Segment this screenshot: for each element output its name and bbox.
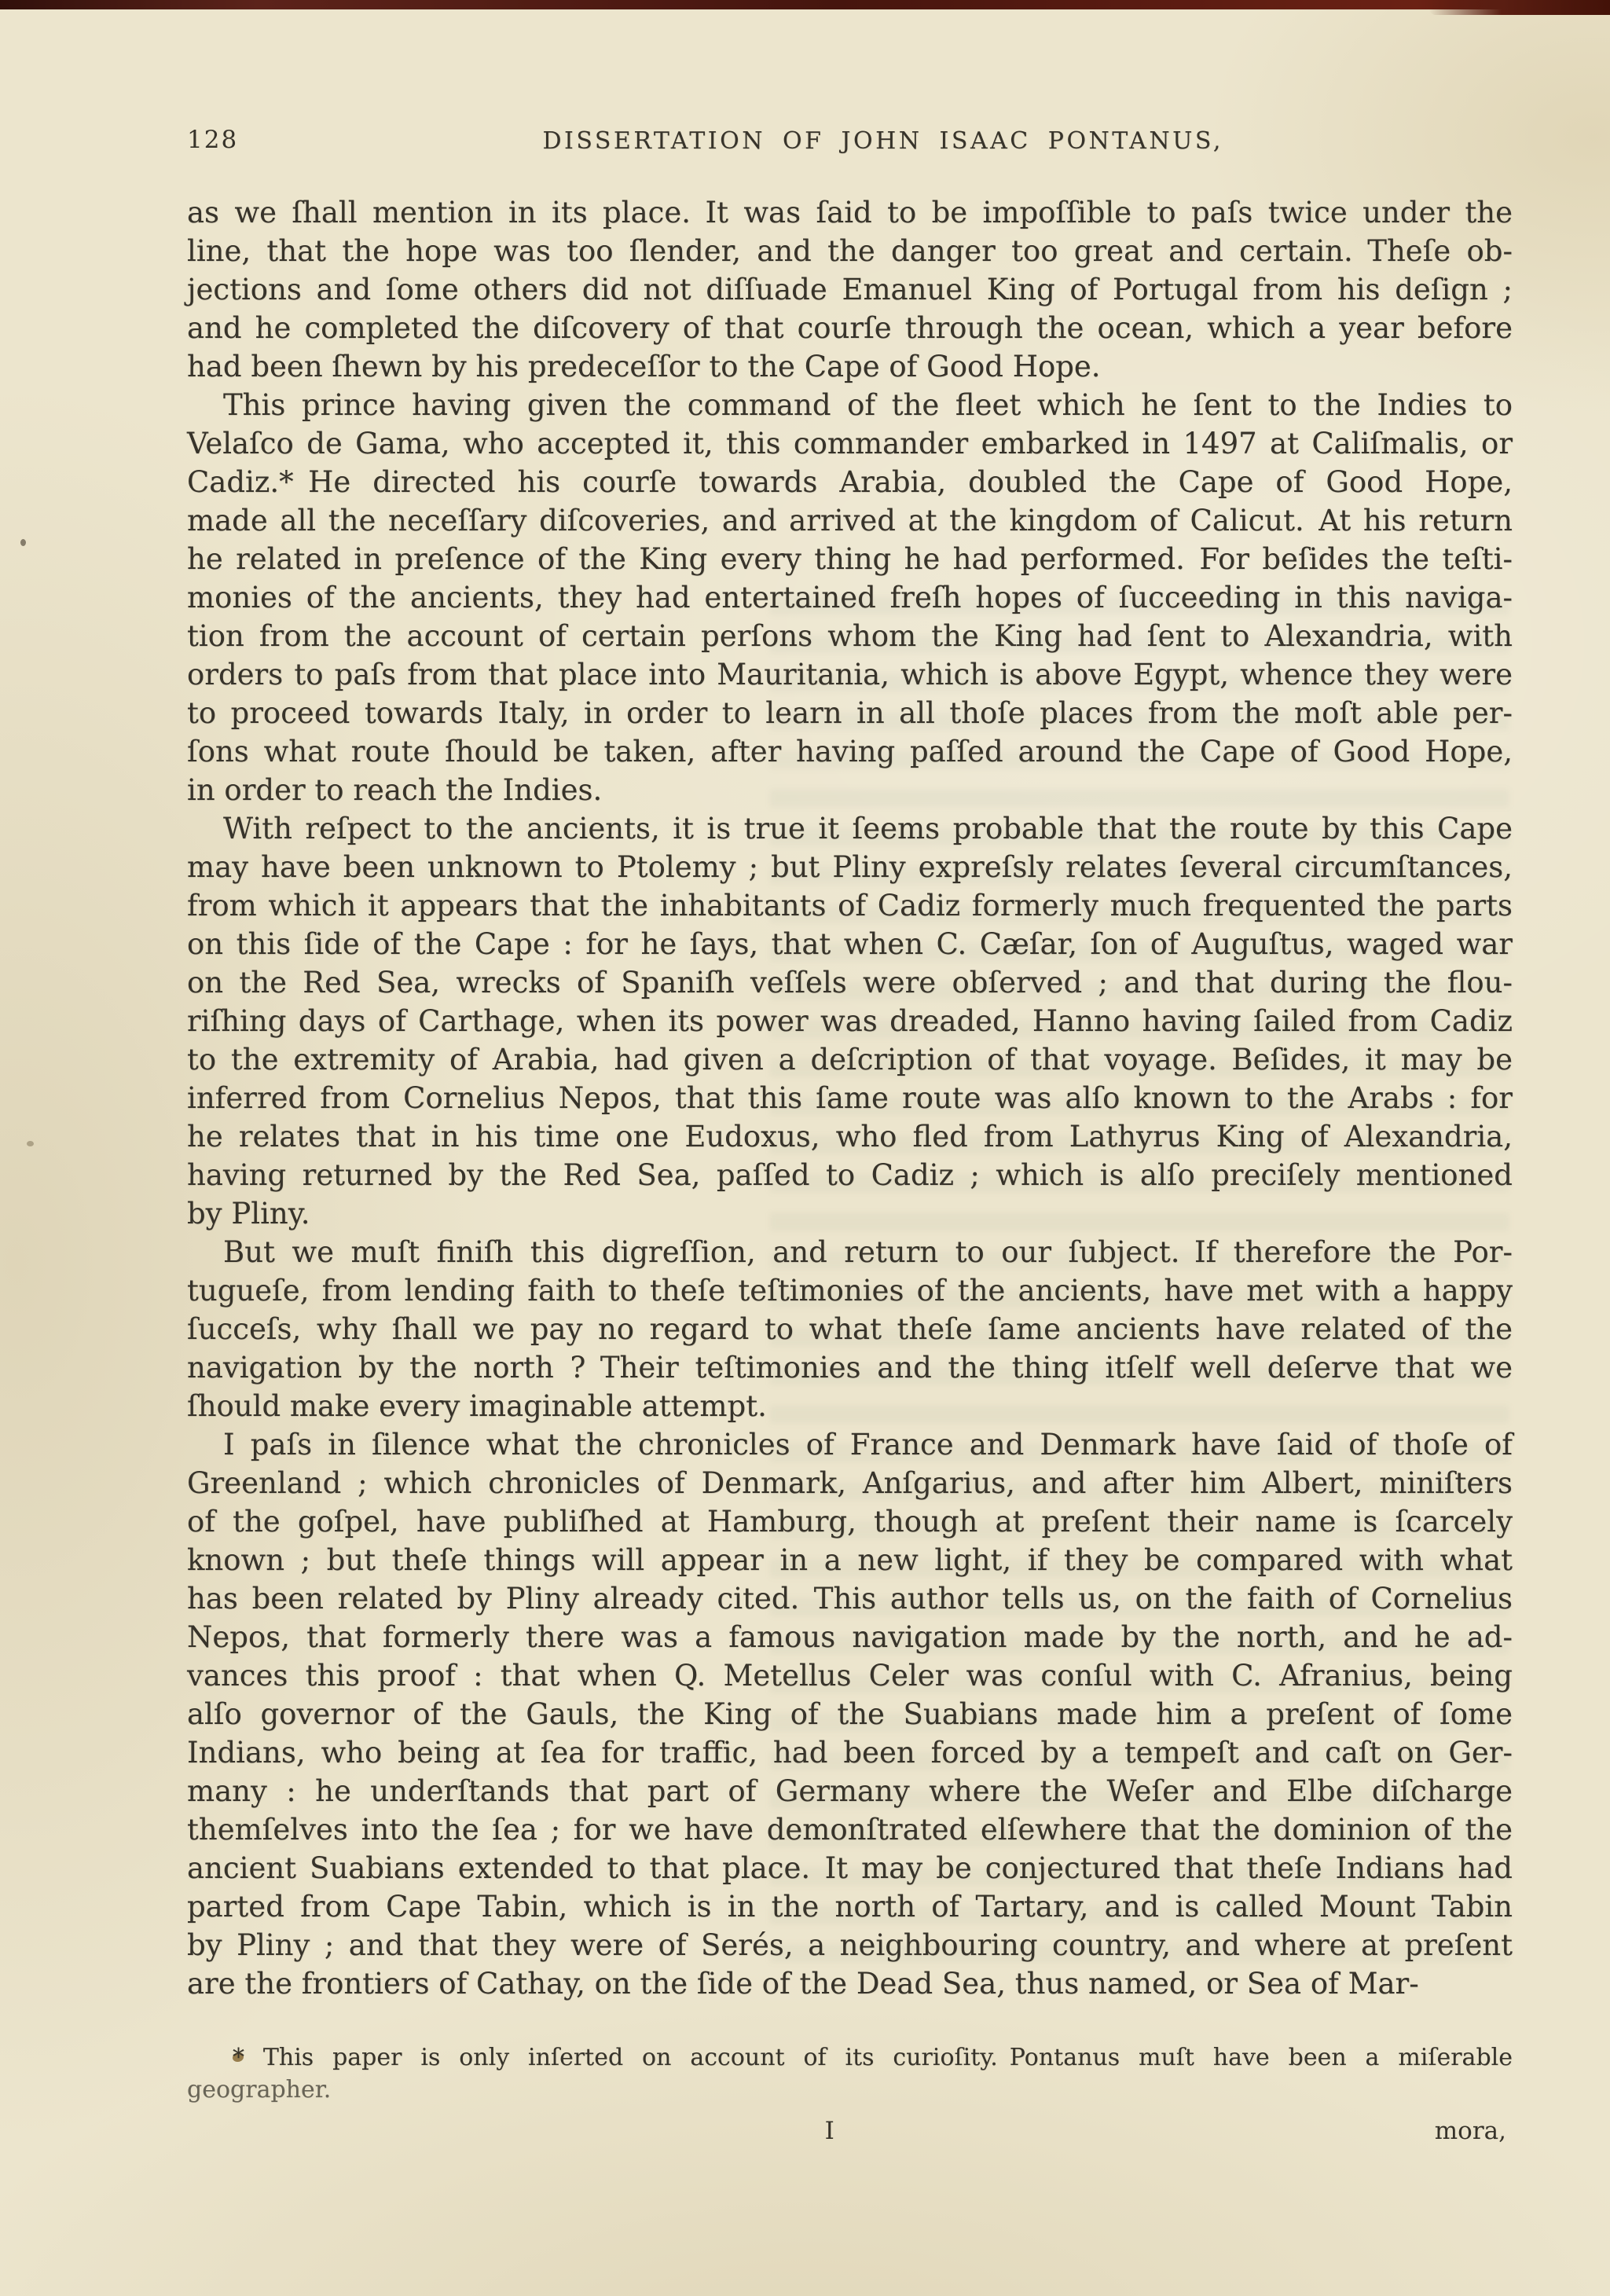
text-line: had been ſhewn by his predeceſſor to the… (187, 347, 1513, 386)
text-line: line, that the hope was too ſlender, and… (187, 232, 1513, 270)
text-line: as we ſhall mention in its place. It was… (187, 193, 1513, 232)
text-line: Velaſco de Gama, who accepted it, this c… (187, 424, 1513, 463)
text-line: may have been unknown to Ptolemy ; but P… (187, 848, 1513, 886)
text-line: are the frontiers of Cathay, on the ſide… (187, 1964, 1513, 2003)
footnote: * This paper is only inſerted on account… (187, 2041, 1513, 2106)
text-line: many : he underſtands that part of Germa… (187, 1772, 1513, 1810)
running-header: 128 DISSERTATION OF JOHN ISAAC PONTANUS, (187, 124, 1513, 159)
ink-speck (20, 539, 26, 546)
text-line: has been related by Pliny already cited.… (187, 1579, 1513, 1618)
catchword: mora, (1435, 2115, 1506, 2147)
text-line: orders to paſs from that place into Maur… (187, 655, 1513, 694)
text-line: Cadiz.* He directed his courſe towards A… (187, 463, 1513, 501)
text-line: by Pliny ; and that they were of Serés, … (187, 1926, 1513, 1964)
paragraph: This prince having given the command of … (187, 386, 1513, 809)
text-line: parted from Cape Tabin, which is in the … (187, 1887, 1513, 1926)
text-line: he related in preſence of the King every… (187, 540, 1513, 578)
text-line: of the goſpel, have publiſhed at Hamburg… (187, 1502, 1513, 1541)
text-line: he relates that in his time one Eudoxus,… (187, 1117, 1513, 1156)
paragraph: But we muſt finiſh this digreſſion, and … (187, 1233, 1513, 1425)
text-line: in order to reach the Indies. (187, 771, 1513, 809)
text-line: ſons what route ſhould be taken, after h… (187, 732, 1513, 771)
text-line: tugueſe, from lending faith to theſe teſ… (187, 1271, 1513, 1310)
text-line: having returned by the Red Sea, paſſed t… (187, 1156, 1513, 1194)
signature-mark: I (825, 2115, 835, 2147)
text-line: jections and ſome others did not diſſuad… (187, 270, 1513, 309)
paragraph: I paſs in ſilence what the chronicles of… (187, 1425, 1513, 2003)
text-line: vances this proof : that when Q. Metellu… (187, 1656, 1513, 1695)
scan-edge-top (0, 0, 1610, 9)
text-line: I paſs in ſilence what the chronicles of… (187, 1425, 1513, 1464)
paragraph: With reſpect to the ancients, it is true… (187, 809, 1513, 1233)
text-line: known ; but theſe things will appear in … (187, 1541, 1513, 1579)
text-line: monies of the ancients, they had enterta… (187, 578, 1513, 617)
text-line: This prince having given the command of … (187, 386, 1513, 424)
text-line: from which it appears that the inhabitan… (187, 886, 1513, 925)
text-line: made all the neceſſary diſcoveries, and … (187, 501, 1513, 540)
text-line: With reſpect to the ancients, it is true… (187, 809, 1513, 848)
text-line: to the extremity of Arabia, had given a … (187, 1040, 1513, 1079)
text-line: But we muſt finiſh this digreſſion, and … (187, 1233, 1513, 1271)
footnote-line: geographer. (187, 2074, 1513, 2106)
text-line: navigation by the north ? Their teſtimon… (187, 1348, 1513, 1387)
text-line: ſhould make every imaginable attempt. (187, 1387, 1513, 1425)
page-background: 128 DISSERTATION OF JOHN ISAAC PONTANUS,… (0, 0, 1610, 2296)
text-line: by Pliny. (187, 1194, 1513, 1233)
text-line: tion from the account of certain perſons… (187, 617, 1513, 655)
text-line: on this ſide of the Cape : for he ſays, … (187, 925, 1513, 963)
scan-edge-top-right (1429, 0, 1610, 15)
text-line: ſucceſs, why ſhall we pay no regard to w… (187, 1310, 1513, 1348)
signature-row: I mora, (187, 2115, 1513, 2150)
text-body: as we ſhall mention in its place. It was… (187, 193, 1513, 2003)
text-line: themſelves into the ſea ; for we have de… (187, 1810, 1513, 1849)
text-line: Greenland ; which chronicles of Denmark,… (187, 1464, 1513, 1502)
text-line: to proceed towards Italy, in order to le… (187, 694, 1513, 732)
paragraph: as we ſhall mention in its place. It was… (187, 193, 1513, 386)
text-line: ancient Suabians extended to that place.… (187, 1849, 1513, 1887)
footnote-line: * This paper is only inſerted on account… (187, 2041, 1513, 2074)
text-line: inferred from Cornelius Nepos, that this… (187, 1079, 1513, 1117)
page-number: 128 (187, 124, 238, 156)
text-line: on the Red Sea, wrecks of Spaniſh veſſel… (187, 963, 1513, 1002)
text-line: alſo governor of the Gauls, the King of … (187, 1695, 1513, 1733)
ink-speck (27, 1141, 34, 1146)
text-line: riſhing days of Carthage, when its power… (187, 1002, 1513, 1040)
text-line: Nepos, that formerly there was a famous … (187, 1618, 1513, 1656)
text-line: and he completed the diſcovery of that c… (187, 309, 1513, 347)
text-line: Indians, who being at ſea for traffic, h… (187, 1733, 1513, 1772)
running-header-title: DISSERTATION OF JOHN ISAAC PONTANUS, (542, 126, 1223, 157)
